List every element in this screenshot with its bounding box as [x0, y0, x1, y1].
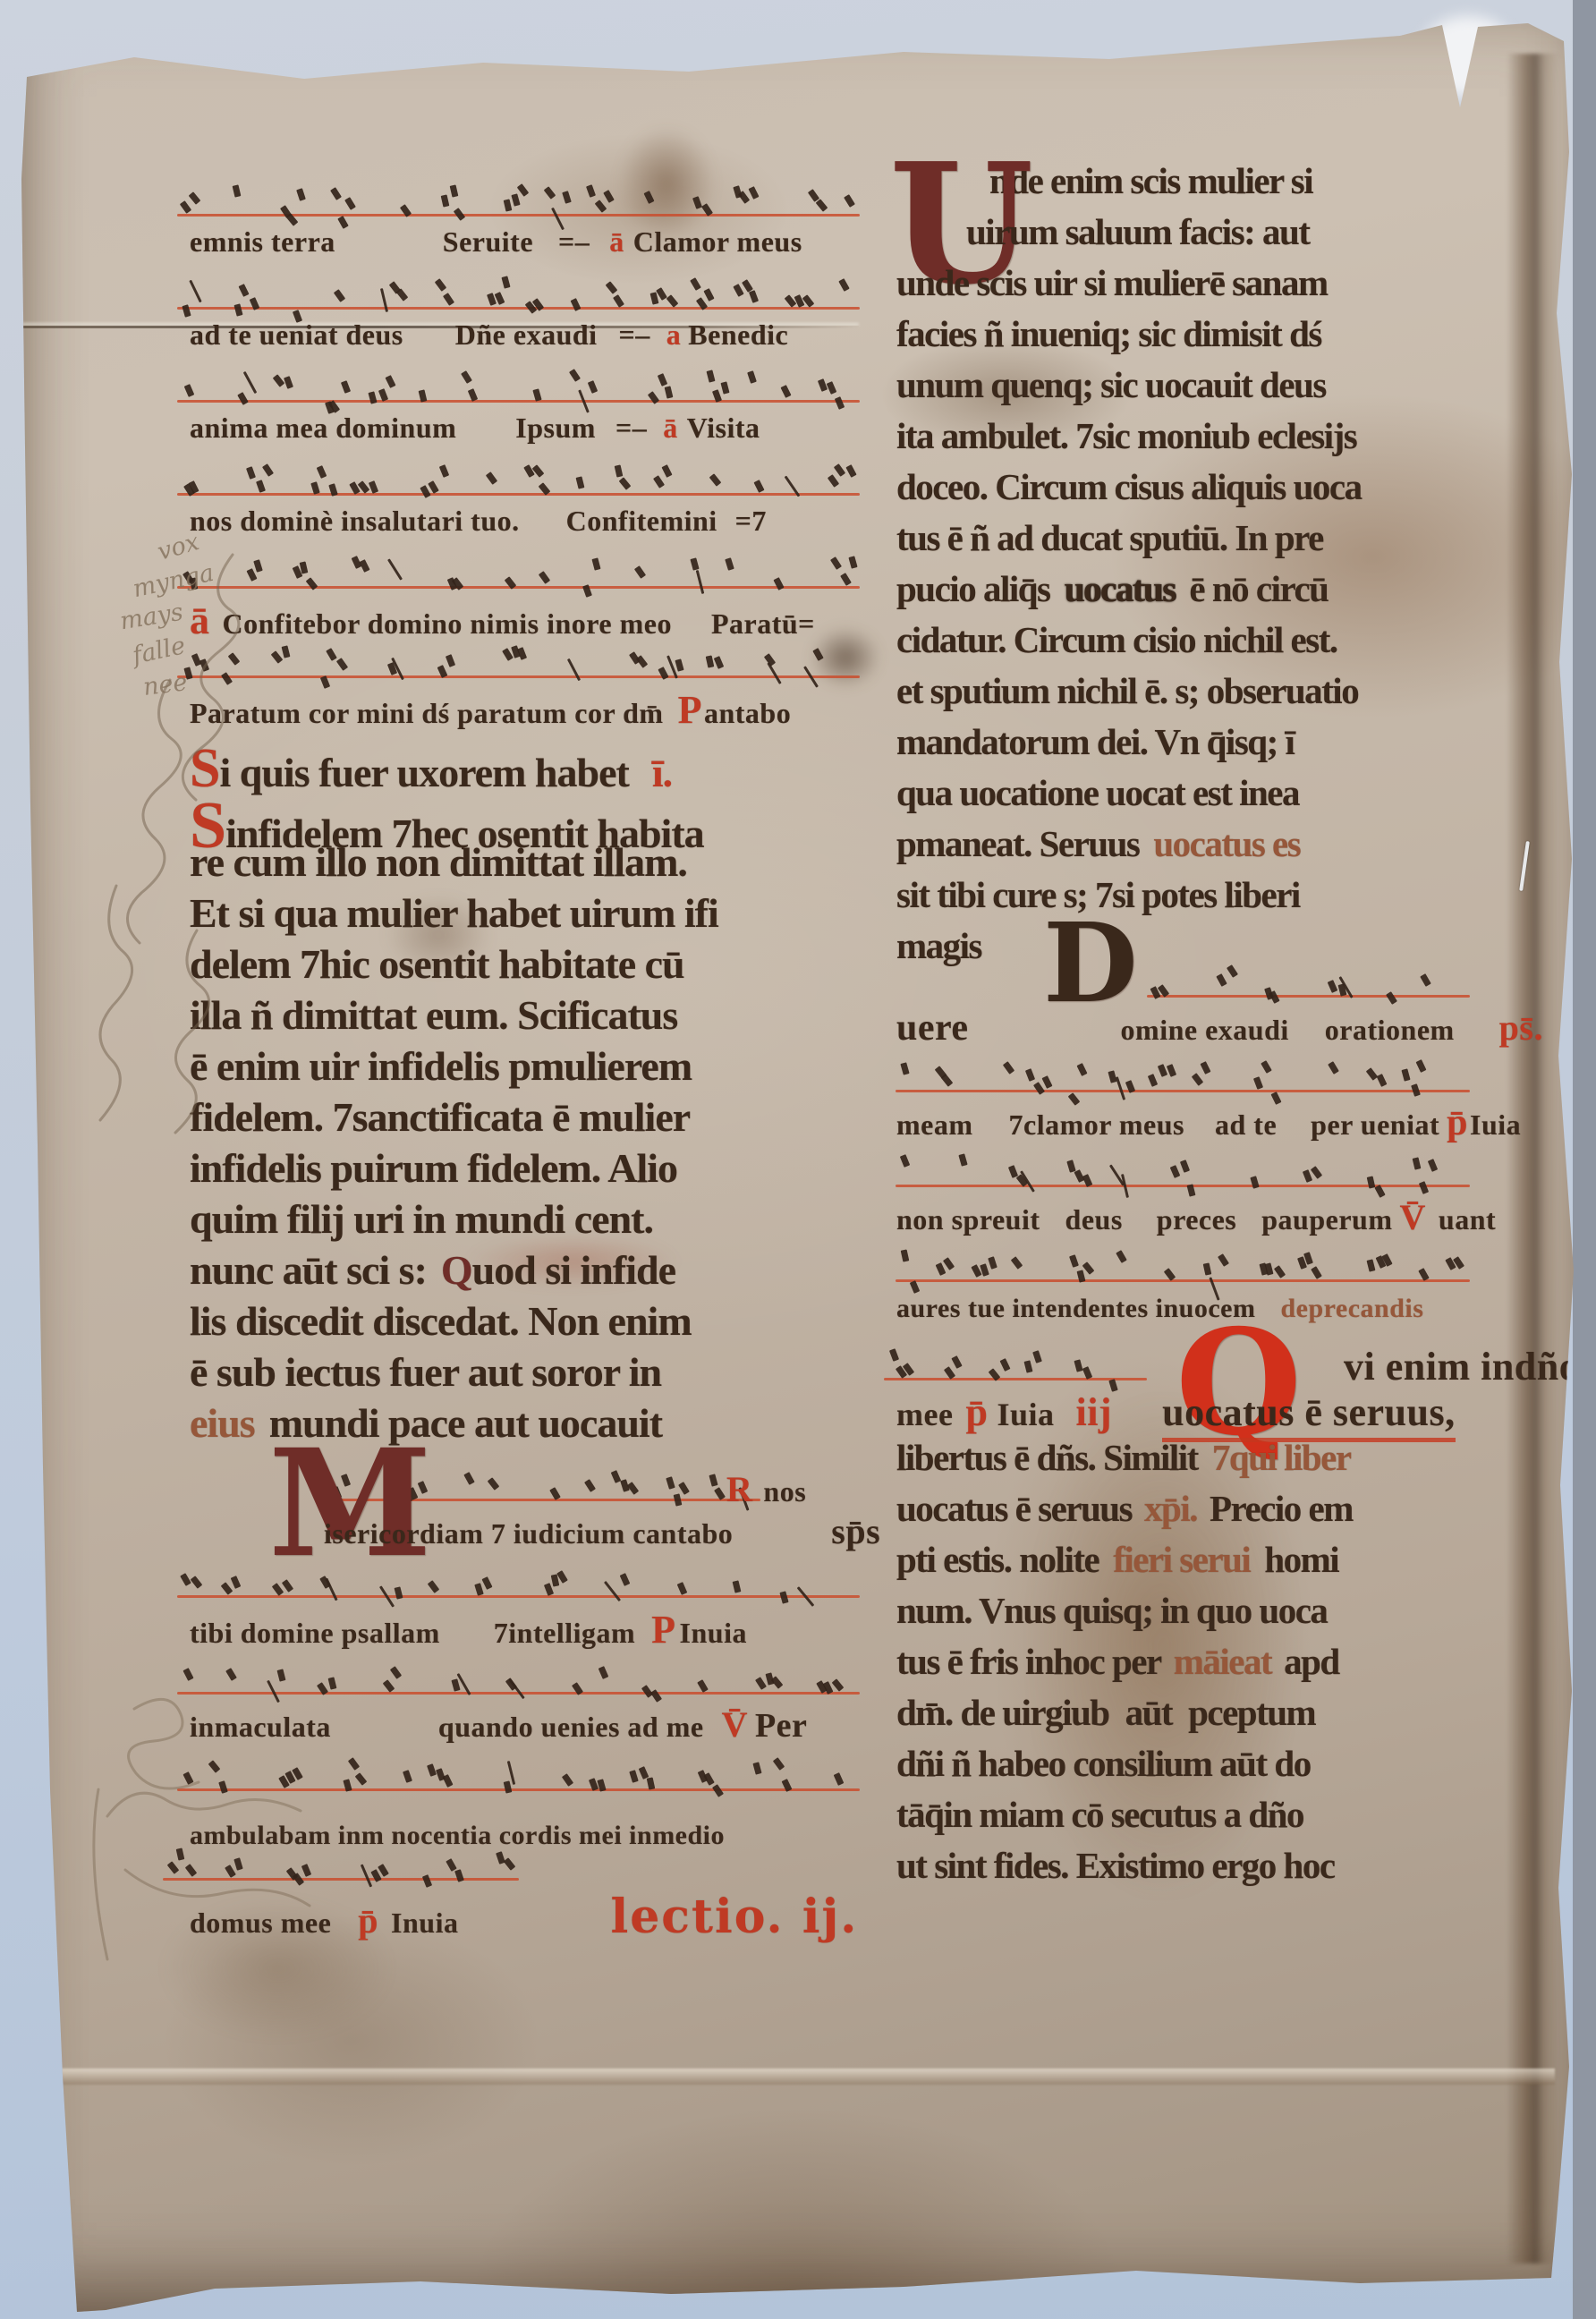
text-run: doceo. Circum cisus aliquis uoca: [896, 465, 1362, 509]
text-run: uant: [1439, 1203, 1496, 1236]
neume-mark: [613, 294, 624, 308]
text-run: pceptum: [1188, 1691, 1315, 1735]
text-run: 7qui liber: [1212, 1436, 1351, 1480]
neume-mark: [604, 1581, 621, 1601]
neume-mark: [665, 386, 674, 398]
text-run: P: [651, 1607, 675, 1652]
neume-mark: [544, 186, 556, 200]
chant-lyric-line: ad te ueniat deusDñe exaudi=–aBenedic: [163, 319, 874, 360]
neume-mark: [1077, 1063, 1088, 1076]
neume-mark: [253, 559, 262, 572]
neume-mark: [183, 384, 194, 397]
neume-mark: [840, 573, 852, 586]
neume-mark: [692, 196, 702, 209]
music-neume-line: [884, 1141, 1481, 1196]
neume-mark: [237, 392, 249, 405]
music-neume-line: [884, 1236, 1481, 1291]
text-run: ē sub iectus fuer aut soror in: [190, 1349, 661, 1397]
text-run: p̄: [1447, 1101, 1468, 1144]
neume-mark: [1116, 1077, 1125, 1101]
neume-mark: [220, 1582, 233, 1595]
prose-line: pucio aliq̄suocatusē nō circū: [884, 567, 1481, 618]
neume-mark: [779, 1591, 788, 1603]
text-run: mandatorum dei. Vn q̄isq; ī: [896, 720, 1294, 764]
prose-line: re cum illo non dimittat illam.: [163, 839, 874, 890]
neume-mark: [429, 480, 440, 494]
text-run: nde enim scis mulier si: [989, 159, 1312, 203]
neume-mark: [403, 1770, 413, 1783]
chant-lyric-line: āConfitebor domino nimis inore meoParatū…: [163, 598, 874, 639]
neume-mark: [675, 659, 683, 672]
neume-mark: [812, 648, 823, 661]
neume-mark: [598, 1666, 609, 1679]
neume-mark: [614, 465, 623, 478]
neume-mark: [208, 1761, 221, 1773]
neume-mark: [1418, 1181, 1428, 1194]
neume-mark: [328, 1677, 337, 1689]
text-run: a: [666, 319, 682, 352]
prose-line: qua uocatione uocat est inea: [884, 771, 1481, 822]
prose-line: facies ñ inueniq; sic dimisit dś: [884, 312, 1481, 363]
red-staff-line: [177, 586, 860, 589]
text-run: xp̄i.: [1144, 1487, 1197, 1531]
neume-mark: [1365, 1067, 1377, 1081]
text-run: Inuia: [391, 1907, 458, 1940]
neume-mark: [653, 475, 665, 488]
neume-mark: [644, 191, 655, 204]
neume-mark: [189, 191, 201, 204]
prose-line: pmaneat. Seruusuocatus es: [884, 822, 1481, 873]
neume-mark: [768, 662, 782, 684]
neume-mark: [296, 188, 306, 201]
neume-mark: [383, 1680, 395, 1694]
neume-mark: [539, 571, 550, 584]
prose-line: Si quis fuer uxorem habetī.: [163, 737, 874, 788]
chant-lyric-line: uereomine exaudiorationemps̄.: [884, 1007, 1481, 1046]
neume-mark: [189, 280, 201, 303]
text-run: tāq̄in miam cō secutus a dño: [896, 1793, 1303, 1837]
neume-mark: [833, 1773, 844, 1787]
prose-line: dñi ñ habeo consilium aūt do: [884, 1742, 1481, 1793]
text-run: ps̄.: [1499, 1007, 1543, 1049]
text-run: Confitemini: [566, 505, 717, 538]
neume-mark: [454, 208, 465, 221]
text-run: uocatus ē seruus: [896, 1487, 1132, 1531]
neume-mark: [734, 284, 744, 297]
neume-mark: [449, 185, 458, 198]
text-run: V̄: [722, 1703, 748, 1746]
prose-line: magis: [884, 924, 1481, 969]
neume-mark: [272, 1583, 284, 1596]
neume-mark: [755, 1677, 767, 1690]
text-run: nunc aūt sci s:: [190, 1247, 427, 1295]
text-run: Clamor meus: [633, 225, 802, 259]
neume-mark: [818, 379, 828, 393]
text-run: ē nō circū: [1189, 567, 1328, 611]
prose-line: nde enim scis mulier siU: [884, 159, 1481, 210]
prose-line: ita ambulet. 7sic moniub eclesijs: [884, 414, 1481, 465]
prose-line: uocatus ē seruusxp̄i.Precio em: [884, 1487, 1481, 1538]
text-run: Benedic: [688, 319, 788, 352]
neume-mark: [340, 380, 350, 394]
text-run: iij: [1075, 1389, 1112, 1435]
neume-mark: [1386, 991, 1397, 1005]
neume-mark: [233, 1857, 242, 1870]
neume-mark: [503, 199, 512, 211]
text-run: uocatus: [1064, 567, 1175, 611]
neume-mark: [1066, 1159, 1075, 1172]
neume-mark: [901, 1249, 910, 1261]
text-run: pucio aliq̄s: [896, 567, 1049, 611]
prose-line: doceo. Circum cisus aliquis uoca: [884, 465, 1481, 516]
neume-mark: [586, 184, 596, 198]
prose-line: libertus ē dñs. Similit7qui liber: [884, 1436, 1481, 1487]
prose-line: quim filij uri in mundi cent.: [163, 1196, 874, 1247]
neume-mark: [270, 650, 283, 664]
neume-mark: [1082, 1262, 1095, 1275]
neume-mark: [738, 191, 750, 204]
neume-mark: [562, 191, 572, 204]
neume-mark: [773, 1757, 785, 1771]
chant-lyric-line: emnis terraSeruite=–āClamor meus: [163, 225, 874, 267]
neume-mark: [225, 1865, 236, 1878]
text-run: pti estis. nolite: [896, 1538, 1099, 1582]
neume-mark: [1069, 1254, 1079, 1268]
text-run: deus: [1065, 1203, 1123, 1236]
neume-mark: [336, 658, 348, 671]
text-run: mee: [896, 1396, 953, 1433]
text-run: =7: [735, 505, 767, 538]
neume-mark: [517, 647, 527, 660]
neume-mark: [629, 1770, 638, 1782]
red-staff-line: [177, 214, 860, 217]
neume-mark: [592, 557, 601, 570]
text-run: infidelis puirum fidelem. Alio: [190, 1145, 677, 1193]
neume-mark: [703, 1772, 715, 1786]
neume-mark: [284, 376, 293, 389]
neume-mark: [753, 480, 764, 493]
prose-line: et sputium nichil ē. s; obseruatio: [884, 669, 1481, 720]
neume-mark: [1116, 1250, 1128, 1263]
neume-mark: [658, 667, 669, 681]
prose-line: dm̄. de uirgiubaūtpceptum: [884, 1691, 1481, 1742]
line-gap: [163, 728, 874, 737]
music-neume-line: [163, 1553, 874, 1607]
text-run: =–: [619, 319, 650, 352]
neume-mark: [1412, 1158, 1421, 1170]
text-run: ita ambulet. 7sic moniub eclesijs: [896, 414, 1356, 458]
text-run: magis: [896, 924, 981, 968]
prose-line: tus ē fris inhoc permāieatapd: [884, 1640, 1481, 1691]
right-column: nde enim scis mulier siUuirum saluum fac…: [884, 150, 1481, 1895]
neume-mark: [619, 478, 632, 490]
music-neume-line: [163, 1746, 874, 1800]
neume-mark: [691, 557, 700, 570]
text-run: inmaculata: [190, 1711, 331, 1744]
neume-mark: [242, 371, 257, 394]
chant-lyric-line: isericordiam 7 iudicium cantabosp̄s: [163, 1510, 874, 1553]
text-run: uere: [896, 1007, 969, 1049]
red-staff-line: [896, 1279, 1469, 1282]
prose-line: sit tibi cure s; 7si potes liberi: [884, 873, 1481, 924]
neume-mark: [634, 565, 646, 579]
neume-mark: [594, 200, 607, 213]
neume-mark: [232, 184, 241, 197]
text-run: tibi domine psallam: [190, 1617, 440, 1650]
gutter-fold: [1507, 54, 1558, 2264]
neume-mark: [443, 1774, 454, 1788]
music-neume-line: [163, 174, 874, 225]
text-run: ā: [190, 598, 210, 643]
neume-mark: [347, 1757, 359, 1771]
neume-mark: [704, 288, 715, 302]
neume-mark: [440, 194, 449, 207]
music-neume-line: [163, 267, 874, 319]
neume-mark: [185, 1864, 197, 1877]
text-run: per ueniat: [1311, 1109, 1439, 1142]
neume-mark: [396, 288, 409, 302]
chant-lyric-line: Paratum cor mini dś paratum cor dm̄Panta…: [163, 687, 874, 728]
text-run: p̄: [358, 1899, 378, 1941]
text-run: Precio em: [1210, 1487, 1353, 1531]
red-staff-line: [177, 675, 860, 678]
neume-mark: [167, 1861, 180, 1874]
neume-mark: [1217, 973, 1227, 987]
prose-line: tus ē ñ ad ducat sputiū. In pre: [884, 516, 1481, 567]
neume-mark: [1401, 1068, 1410, 1081]
music-neume-line: D: [884, 969, 1481, 1007]
music-neume-line: [163, 1650, 874, 1703]
neume-mark: [826, 381, 836, 395]
neume-mark: [387, 558, 403, 580]
neume-mark: [504, 1780, 513, 1793]
neume-mark: [620, 1573, 631, 1586]
neume-mark: [725, 557, 734, 570]
neume-mark: [1376, 1074, 1387, 1087]
text-run: tus ē fris inhoc per: [896, 1640, 1161, 1684]
neume-mark: [575, 477, 584, 489]
neume-mark: [848, 556, 857, 568]
chant-lyric-line: ambulabam inm nocentia cordis mei inmedi…: [163, 1818, 874, 1859]
neume-mark: [233, 303, 242, 316]
prose-line: cidatur. Circum cisio nichil est.: [884, 618, 1481, 669]
line-gap: [163, 150, 874, 174]
prose-line: num. Vnus quisq; in quo uoca: [884, 1589, 1481, 1640]
neume-mark: [443, 293, 454, 306]
neume-mark: [190, 1576, 202, 1589]
neume-mark: [709, 473, 722, 487]
neume-mark: [658, 373, 667, 386]
text-run: meam: [896, 1109, 973, 1142]
prose-line: nunc aūt sci s:Quod si infide: [163, 1247, 874, 1298]
red-staff-line: [896, 1090, 1469, 1092]
neume-mark: [831, 1678, 844, 1691]
neume-mark: [246, 466, 256, 480]
text-run: Paratū=: [711, 607, 815, 641]
text-run: ambulabam inm nocentia cordis mei inmedi…: [190, 1821, 725, 1851]
red-staff-line: [1147, 995, 1470, 998]
neume-mark: [330, 187, 342, 200]
neume-mark: [1420, 973, 1431, 987]
text-run: uocatus es: [1153, 822, 1300, 866]
neume-mark: [516, 183, 528, 197]
neume-mark: [900, 1062, 909, 1075]
neume-mark: [482, 1576, 493, 1590]
neume-mark: [225, 1668, 237, 1681]
text-run: libertus ē dñs. Similit: [896, 1436, 1198, 1480]
text-run: apd: [1284, 1640, 1339, 1684]
text-run: orationem: [1325, 1014, 1455, 1047]
neume-mark: [747, 371, 757, 385]
neume-mark: [1166, 1064, 1176, 1077]
text-run: dm̄. de uirgiub: [896, 1691, 1109, 1735]
neume-mark: [742, 279, 753, 293]
neume-mark: [748, 186, 759, 200]
text-run: qua uocatione uocat est inea: [896, 771, 1299, 815]
text-run: pmaneat. Seruus: [896, 822, 1139, 866]
prose-line: infidelis puirum fidelem. Alio: [163, 1145, 874, 1196]
text-run: num. Vnus quisq; in quo uoca: [896, 1589, 1327, 1633]
neume-mark: [988, 1257, 997, 1270]
chant-lyric-line: nos dominè insalutari tuo.Confitemini=7: [163, 505, 874, 546]
text-run: et sputium nichil ē. s; obseruatio: [896, 669, 1358, 713]
neume-mark: [690, 277, 701, 291]
neume-mark: [282, 1579, 293, 1593]
neume-mark: [199, 658, 209, 672]
neume-mark: [1428, 1159, 1438, 1172]
neume-mark: [1328, 1061, 1339, 1075]
neume-mark: [1011, 1256, 1023, 1270]
prose-line: ē sub iectus fuer aut soror in: [163, 1349, 874, 1400]
neume-mark: [1261, 1061, 1273, 1075]
neume-mark: [1025, 1069, 1035, 1083]
neume-mark: [386, 375, 396, 388]
text-run: quim filij uri in mundi cent.: [190, 1196, 653, 1244]
neume-mark: [839, 278, 850, 292]
text-run: ut sint fides. Existimo ergo hoc: [896, 1844, 1335, 1888]
red-staff-line: [177, 1788, 860, 1791]
neume-mark: [1192, 1074, 1203, 1087]
text-run: māieat: [1174, 1640, 1271, 1684]
text-run: omine exaudi: [1121, 1014, 1289, 1047]
text-run: ad te: [1215, 1109, 1277, 1142]
text-run: uirum saluum facis: aut: [966, 210, 1310, 254]
prose-line: pti estis. nolitefieri seruihomi: [884, 1538, 1481, 1589]
neume-mark: [1366, 1260, 1375, 1272]
prose-line: ē enim uir infidelis pmulierem: [163, 1043, 874, 1094]
neume-mark: [369, 391, 378, 403]
bottom-fold-crease: [36, 2068, 1555, 2085]
text-run: facies ñ inueniq; sic dimisit dś: [896, 312, 1321, 356]
backdrop-right-strip: [1573, 0, 1596, 2319]
neume-mark: [282, 645, 291, 658]
neume-mark: [816, 199, 828, 211]
neume-mark: [802, 294, 815, 308]
neume-mark: [749, 290, 759, 303]
red-staff-line: [177, 400, 860, 403]
text-run: nos: [763, 1475, 806, 1508]
neume-mark: [834, 464, 845, 478]
text-run: delem 7hic osentit habitate cū: [190, 941, 684, 989]
neume-mark: [435, 278, 446, 292]
text-run: re cum illo non dimittat illam.: [190, 839, 687, 887]
neume-mark: [1303, 1170, 1312, 1184]
neume-mark: [446, 654, 455, 667]
text-run: unum quenq; sic uocauit deus: [896, 363, 1326, 407]
text-run: uocatus ē seruus,: [1162, 1389, 1456, 1442]
text-run: Dñe exaudi: [455, 319, 598, 352]
neume-mark: [504, 1857, 516, 1871]
neume-mark: [771, 1676, 784, 1688]
neume-mark: [900, 1154, 910, 1168]
neume-mark: [1033, 1082, 1045, 1095]
neume-mark: [943, 1257, 955, 1270]
neume-mark: [231, 1576, 242, 1589]
text-run: lectio. ij.: [610, 1890, 858, 1944]
text-run: aūt: [1125, 1691, 1172, 1735]
neume-mark: [501, 276, 510, 289]
prose-line: unde scis uir si mulierē sanam: [884, 261, 1481, 312]
neume-mark: [262, 463, 274, 477]
neume-mark: [461, 370, 472, 384]
text-run: fidelem. 7sanctificata ē mulier: [190, 1094, 690, 1142]
chant-lyric-line: meep̄Iuiaiijuocatus ē seruus,: [884, 1389, 1481, 1436]
neume-mark: [1170, 1165, 1181, 1178]
neume-mark: [588, 380, 598, 394]
neume-mark: [1041, 1076, 1052, 1090]
text-run: vi enim indño: [1344, 1344, 1579, 1389]
text-run: V̄: [1400, 1196, 1426, 1238]
text-run: nos dominè insalutari tuo.: [190, 505, 520, 538]
prose-line: Et si qua mulier habet uirum ifi: [163, 890, 874, 941]
text-run: Inuia: [680, 1617, 747, 1650]
neume-mark: [697, 1679, 709, 1693]
neume-mark: [532, 464, 545, 477]
text-run: =–: [558, 225, 590, 259]
text-run: Et si qua mulier habet uirum ifi: [190, 890, 718, 938]
music-neume-line: [163, 1859, 874, 1890]
music-neume-line: [163, 360, 874, 412]
illuminated-initial-d: D: [1043, 921, 1138, 1006]
text-run: eius: [190, 1400, 255, 1448]
red-staff-line: [177, 493, 860, 496]
neume-mark: [218, 1780, 228, 1793]
text-run: preces: [1157, 1203, 1236, 1236]
neume-mark: [714, 657, 725, 670]
text-run: ā: [663, 412, 678, 445]
chant-lyric-line: anima mea dominumIpsum=–āVisita: [163, 412, 874, 453]
neume-mark: [677, 1583, 688, 1596]
neume-mark: [666, 294, 678, 307]
text-run: P: [678, 687, 702, 733]
neume-mark: [1148, 1074, 1158, 1087]
neume-mark: [1312, 1266, 1323, 1279]
neume-mark: [451, 1678, 460, 1691]
neume-mark: [721, 381, 730, 394]
prose-line: lis discedit discedat. Non enim: [163, 1298, 874, 1349]
neume-mark: [317, 465, 327, 479]
text-run: lis discedit discedat. Non enim: [190, 1298, 692, 1346]
text-run: cidatur. Circum cisio nichil est.: [896, 618, 1337, 662]
text-run: anima mea dominum: [190, 412, 456, 445]
prose-line: Sinfidelem 7hec osentit habita: [163, 788, 874, 839]
music-neume-line: [884, 1046, 1481, 1101]
neume-mark: [334, 289, 345, 302]
text-run: dñi ñ habeo consilium aūt do: [896, 1742, 1311, 1786]
text-run: Seruite: [443, 225, 533, 259]
neume-mark: [696, 570, 705, 594]
music-neume-line: [163, 639, 874, 687]
